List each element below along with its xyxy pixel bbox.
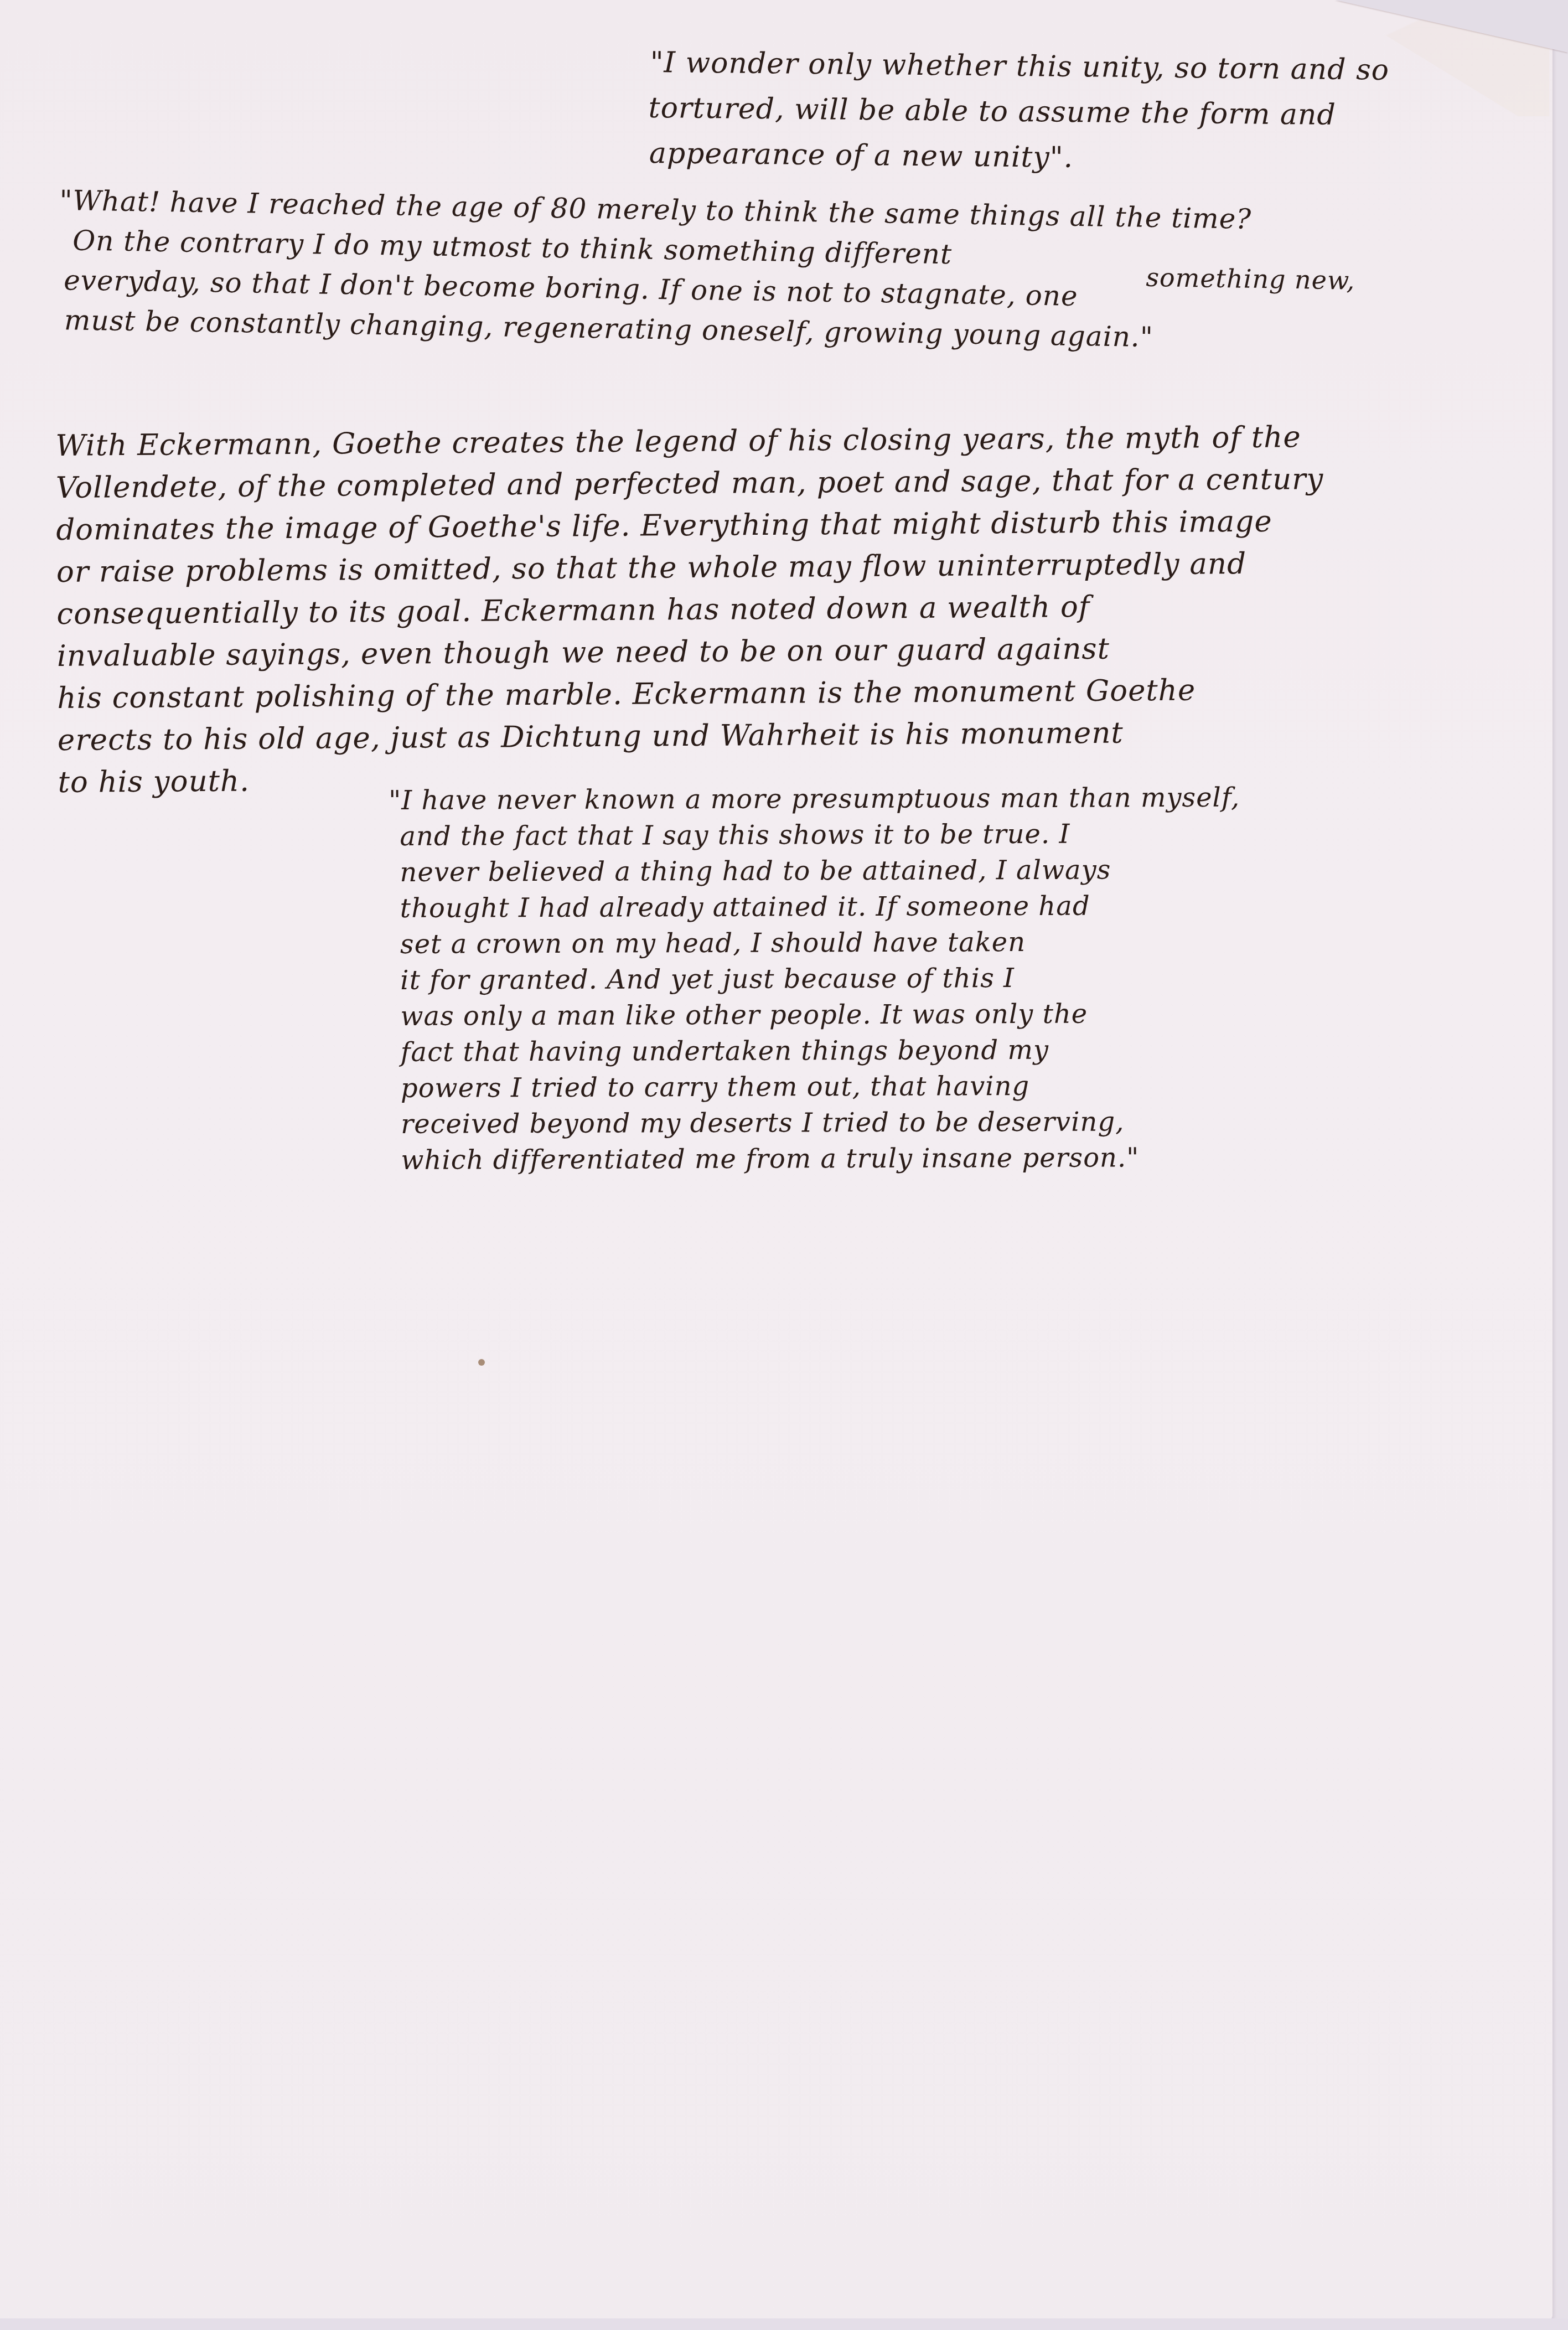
quote-unity-line: "I wonder only whether this unity, so to… [650,40,1389,93]
quote-presumptuous-line: which differentiated me from a truly ins… [401,1140,1241,1179]
quote-unity: "I wonder only whether this unity, so to… [649,40,1389,184]
quote-unity-line: appearance of a new unity". [649,131,1388,184]
page-corner-backdrop [1336,0,1568,53]
quote-presumptuous-line: thought I had already attained it. If so… [400,888,1240,927]
page-bottom-edge [0,2318,1568,2330]
insertion-something-new: something new, [1146,257,1355,301]
quote-presumptuous-line: "I have never known a more presumptuous … [389,780,1240,819]
ink-spot [478,1359,485,1366]
quote-presumptuous-line: powers I tried to carry them out, that h… [401,1068,1241,1107]
quote-presumptuous-line: it for granted. And yet just because of … [400,960,1240,999]
quote-age-eighty: "What! have I reached the age of 80 mere… [57,180,1251,359]
quote-presumptuous-line: received beyond my deserts I tried to be… [401,1104,1241,1143]
quote-unity-line: tortured, will be able to assume the for… [648,85,1389,138]
quote-presumptuous-line: never believed a thing had to be attaine… [400,852,1240,891]
paragraph-line: or raise problems is omitted, so that th… [56,543,1324,593]
quote-presumptuous: "I have never known a more presumptuous … [389,780,1241,1179]
manuscript-page: "I wonder only whether this unity, so to… [0,0,1553,2322]
paragraph-line: his constant polishing of the marble. Ec… [57,669,1325,720]
eckermann-paragraph: With Eckermann, Goethe creates the legen… [55,416,1326,804]
quote-presumptuous-line: fact that having undertaken things beyon… [401,1032,1241,1071]
quote-presumptuous-line: set a crown on my head, I should have ta… [400,924,1240,963]
quote-presumptuous-line: was only a man like other people. It was… [400,996,1240,1035]
quote-presumptuous-line: and the fact that I say this shows it to… [400,816,1240,855]
